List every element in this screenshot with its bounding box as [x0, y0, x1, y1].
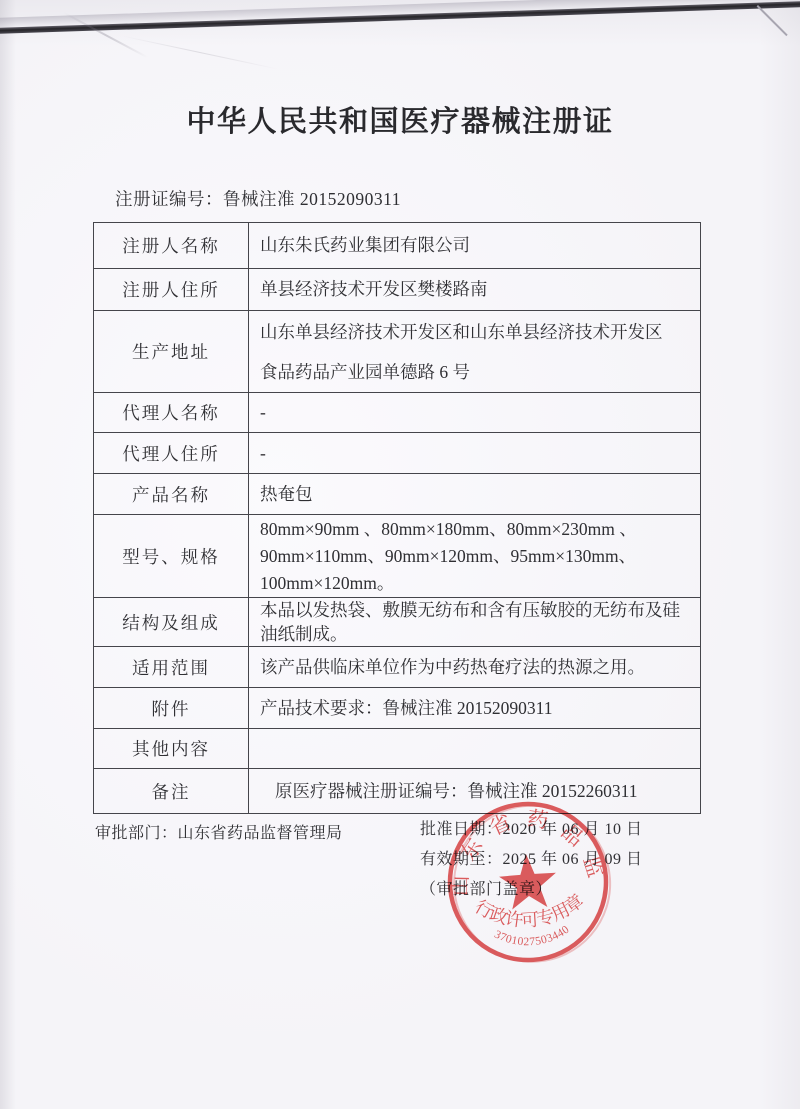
registration-number-value: 鲁械注准 20152090311	[223, 189, 401, 209]
table-row: 代理人名称-	[94, 393, 700, 433]
approval-department: 审批部门：山东省药品监督管理局	[95, 820, 343, 843]
certificate-table: 注册人名称山东朱氏药业集团有限公司注册人住所单县经济技术开发区樊楼路南生产地址山…	[93, 222, 701, 814]
corner-fold-line	[757, 5, 788, 36]
row-value	[249, 729, 700, 768]
table-row: 附件产品技术要求：鲁械注准 20152090311	[94, 688, 700, 729]
row-label: 注册人名称	[94, 223, 249, 268]
registration-number-label: 注册证编号：	[115, 189, 223, 209]
paper-crease	[122, 35, 279, 69]
row-value: 80mm×90mm 、80mm×180mm、80mm×230mm 、 90mm×…	[249, 515, 700, 597]
row-value: 产品技术要求：鲁械注准 20152090311	[249, 688, 700, 728]
row-value: 单县经济技术开发区樊楼路南	[249, 269, 700, 310]
row-value: 本品以发热袋、敷膜无纺布和含有压敏胶的无纺布及硅 油纸制成。	[249, 598, 700, 646]
table-row: 代理人住所-	[94, 433, 700, 474]
row-label: 产品名称	[94, 474, 249, 514]
row-value: -	[249, 433, 700, 473]
registration-number-line: 注册证编号：鲁械注准 20152090311	[115, 186, 401, 211]
row-value: 山东朱氏药业集团有限公司	[249, 223, 700, 268]
row-value: 热奄包	[249, 474, 700, 514]
row-value: 山东单县经济技术开发区和山东单县经济技术开发区 食品药品产业园单德路 6 号	[249, 311, 700, 392]
table-row: 适用范围该产品供临床单位作为中药热奄疗法的热源之用。	[94, 647, 700, 688]
row-label: 结构及组成	[94, 598, 249, 646]
certificate-page: 中华人民共和国医疗器械注册证 注册证编号：鲁械注准 20152090311 注册…	[0, 0, 800, 1109]
table-row: 注册人住所单县经济技术开发区樊楼路南	[94, 269, 700, 311]
row-label: 备注	[94, 769, 249, 813]
table-row: 结构及组成本品以发热袋、敷膜无纺布和含有压敏胶的无纺布及硅 油纸制成。	[94, 598, 700, 647]
seal-star-icon	[498, 852, 559, 910]
row-label: 型号、规格	[94, 515, 249, 597]
page-title: 中华人民共和国医疗器械注册证	[0, 99, 800, 140]
official-seal-stamp: 山东省药品监督管理局 行政许可专用章 3701027503440	[421, 775, 634, 988]
table-row: 生产地址山东单县经济技术开发区和山东单县经济技术开发区 食品药品产业园单德路 6…	[94, 311, 700, 393]
row-value: -	[249, 393, 700, 432]
row-value: 该产品供临床单位作为中药热奄疗法的热源之用。	[249, 647, 700, 687]
row-label: 代理人住所	[94, 433, 249, 473]
table-row: 型号、规格80mm×90mm 、80mm×180mm、80mm×230mm 、 …	[94, 515, 700, 598]
table-row: 产品名称热奄包	[94, 474, 700, 515]
row-label: 附件	[94, 688, 249, 728]
row-label: 生产地址	[94, 311, 249, 392]
row-label: 代理人名称	[94, 393, 249, 432]
row-label: 适用范围	[94, 647, 249, 687]
row-label: 其他内容	[94, 729, 249, 768]
table-row: 注册人名称山东朱氏药业集团有限公司	[94, 223, 700, 269]
row-label: 注册人住所	[94, 269, 249, 310]
table-row: 其他内容	[94, 729, 700, 769]
